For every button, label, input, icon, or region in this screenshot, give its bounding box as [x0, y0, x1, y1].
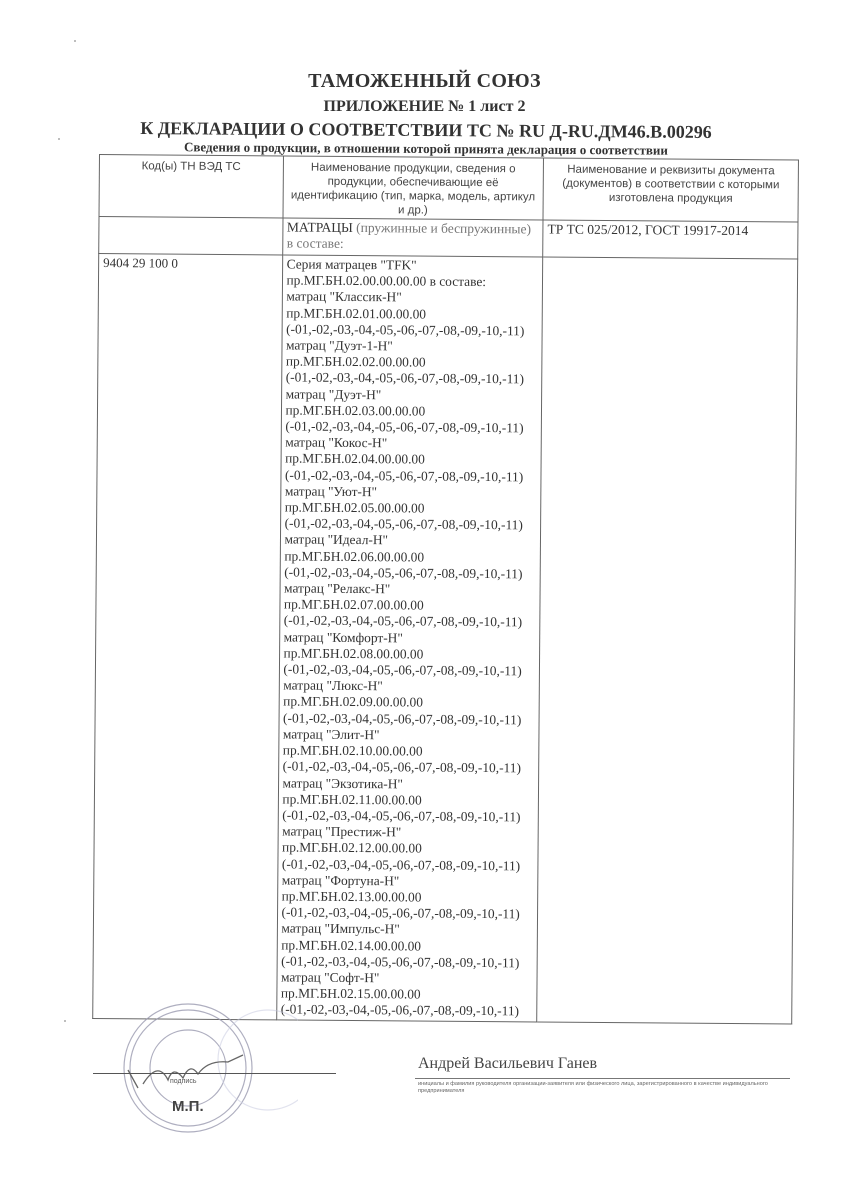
column-header-documents: Наименование и реквизиты документа (доку…: [543, 158, 798, 222]
appendix-title: ПРИЛОЖЕНИЕ № 1 лист 2: [0, 98, 849, 116]
product-name: матрац "Софт-Н": [281, 969, 533, 987]
product-code: пр.МГ.БН.02.07.00.00.00: [284, 597, 536, 615]
product-code: пр.МГ.БН.02.11.00.00.00: [282, 791, 534, 809]
product-variants: (-01,-02,-03,-04,-05,-06,-07,-08,-09,-10…: [281, 953, 533, 971]
product-name: матрац "Престиж-Н": [282, 824, 534, 842]
table-row: МАТРАЦЫ (пружинные и беспружинные) в сос…: [99, 217, 798, 259]
product-variants: (-01,-02,-03,-04,-05,-06,-07,-08,-09,-10…: [281, 905, 533, 923]
product-code: пр.МГ.БН.02.01.00.00.00: [286, 305, 538, 323]
product-variants: (-01,-02,-03,-04,-05,-06,-07,-08,-09,-10…: [281, 1002, 533, 1020]
product-variants: (-01,-02,-03,-04,-05,-06,-07,-08,-09,-10…: [285, 419, 537, 437]
product-table: Код(ы) ТН ВЭД ТС Наименование продукции,…: [92, 154, 799, 1024]
scan-speck: [74, 40, 76, 42]
product-list: матрац "Классик-Н"пр.МГ.БН.02.01.00.00.0…: [281, 289, 538, 1020]
product-variants: (-01,-02,-03,-04,-05,-06,-07,-08,-09,-10…: [284, 564, 536, 582]
product-code: пр.МГ.БН.02.13.00.00.00: [282, 888, 534, 906]
product-variants: (-01,-02,-03,-04,-05,-06,-07,-08,-09,-10…: [283, 710, 535, 728]
group-product-tail: в составе:: [287, 235, 344, 250]
product-code: пр.МГ.БН.02.06.00.00.00: [284, 548, 536, 566]
seal-stamp-icon: [118, 1000, 298, 1150]
product-name: матрац "Люкс-Н": [283, 678, 535, 696]
product-variants: (-01,-02,-03,-04,-05,-06,-07,-08,-09,-10…: [283, 662, 535, 680]
product-variants: (-01,-02,-03,-04,-05,-06,-07,-08,-09,-10…: [282, 856, 534, 874]
product-name: матрац "Идеал-Н": [284, 532, 536, 550]
group-documents-cell: ТР ТС 025/2012, ГОСТ 19917-2014: [543, 220, 798, 259]
signer-line: [415, 1078, 790, 1079]
item-documents-cell: [537, 257, 798, 1024]
product-name: матрац "Классик-Н": [286, 289, 538, 307]
product-variants: (-01,-02,-03,-04,-05,-06,-07,-08,-09,-10…: [285, 467, 537, 485]
column-header-product: Наименование продукции, сведения о проду…: [283, 156, 544, 220]
product-name: матрац "Комфорт-Н": [284, 629, 536, 647]
product-name: матрац "Экзотика-Н": [283, 775, 535, 793]
signature-label: подпись: [170, 1078, 196, 1085]
product-code: пр.МГ.БН.02.05.00.00.00: [285, 500, 537, 518]
scan-speck: [64, 1020, 66, 1022]
table-row: 9404 29 100 0 Серия матрацев "TFK" пр.МГ…: [93, 254, 798, 1024]
product-variants: (-01,-02,-03,-04,-05,-06,-07,-08,-09,-10…: [283, 759, 535, 777]
product-code: пр.МГ.БН.02.10.00.00.00: [283, 743, 535, 761]
group-code-cell: [99, 217, 283, 255]
column-header-code: Код(ы) ТН ВЭД ТС: [99, 155, 283, 218]
declaration-page: ТАМОЖЕННЫЙ СОЮЗ ПРИЛОЖЕНИЕ № 1 лист 2 К …: [0, 0, 849, 1200]
product-name: матрац "Дуэт-1-Н": [286, 337, 538, 355]
table-header-row: Код(ы) ТН ВЭД ТС Наименование продукции,…: [99, 155, 798, 222]
signer-name: Андрей Васильевич Ганев: [418, 1055, 597, 1073]
series-title: Серия матрацев "TFK": [287, 256, 539, 274]
product-variants: (-01,-02,-03,-04,-05,-06,-07,-08,-09,-10…: [282, 807, 534, 825]
product-code: пр.МГ.БН.02.15.00.00.00: [281, 986, 533, 1004]
group-product-main: МАТРАЦЫ: [287, 219, 353, 235]
product-code: пр.МГ.БН.02.08.00.00.00: [284, 645, 536, 663]
product-code: пр.МГ.БН.02.04.00.00.00: [285, 451, 537, 469]
product-variants: (-01,-02,-03,-04,-05,-06,-07,-08,-09,-10…: [286, 370, 538, 388]
product-variants: (-01,-02,-03,-04,-05,-06,-07,-08,-09,-10…: [286, 321, 538, 339]
product-code: пр.МГ.БН.02.09.00.00.00: [283, 694, 535, 712]
product-code: пр.МГ.БН.02.14.00.00.00: [281, 937, 533, 955]
product-code: пр.МГ.БН.02.12.00.00.00: [282, 840, 534, 858]
item-product-cell: Серия матрацев "TFK" пр.МГ.БН.02.00.00.0…: [276, 255, 543, 1022]
product-variants: (-01,-02,-03,-04,-05,-06,-07,-08,-09,-10…: [285, 516, 537, 534]
product-name: матрац "Релакс-Н": [284, 581, 536, 599]
product-name: матрац "Фортуна-Н": [282, 872, 534, 890]
product-variants: (-01,-02,-03,-04,-05,-06,-07,-08,-09,-10…: [284, 613, 536, 631]
product-name: матрац "Кокос-Н": [285, 435, 537, 453]
group-product-note: (пружинные и беспружинные): [356, 220, 531, 236]
product-name: матрац "Импульс-Н": [281, 921, 533, 939]
series-code: пр.МГ.БН.02.00.00.00.00 в составе:: [286, 273, 538, 291]
item-code-cell: 9404 29 100 0: [93, 254, 282, 1020]
group-product-cell: МАТРАЦЫ (пружинные и беспружинные) в сос…: [282, 218, 543, 257]
union-title: ТАМОЖЕННЫЙ СОЮЗ: [0, 70, 849, 93]
product-code: пр.МГ.БН.02.03.00.00.00: [285, 402, 537, 420]
product-name: матрац "Уют-Н": [285, 483, 537, 501]
product-name: матрац "Элит-Н": [283, 726, 535, 744]
signer-caption: инициалы и фамилия руководителя организа…: [418, 1081, 798, 1095]
product-code: пр.МГ.БН.02.02.00.00.00: [286, 354, 538, 372]
seal-label: М.П.: [172, 1098, 204, 1115]
scan-speck: [58, 138, 60, 140]
product-name: матрац "Дуэт-Н": [286, 386, 538, 404]
signature-line: [93, 1073, 336, 1074]
